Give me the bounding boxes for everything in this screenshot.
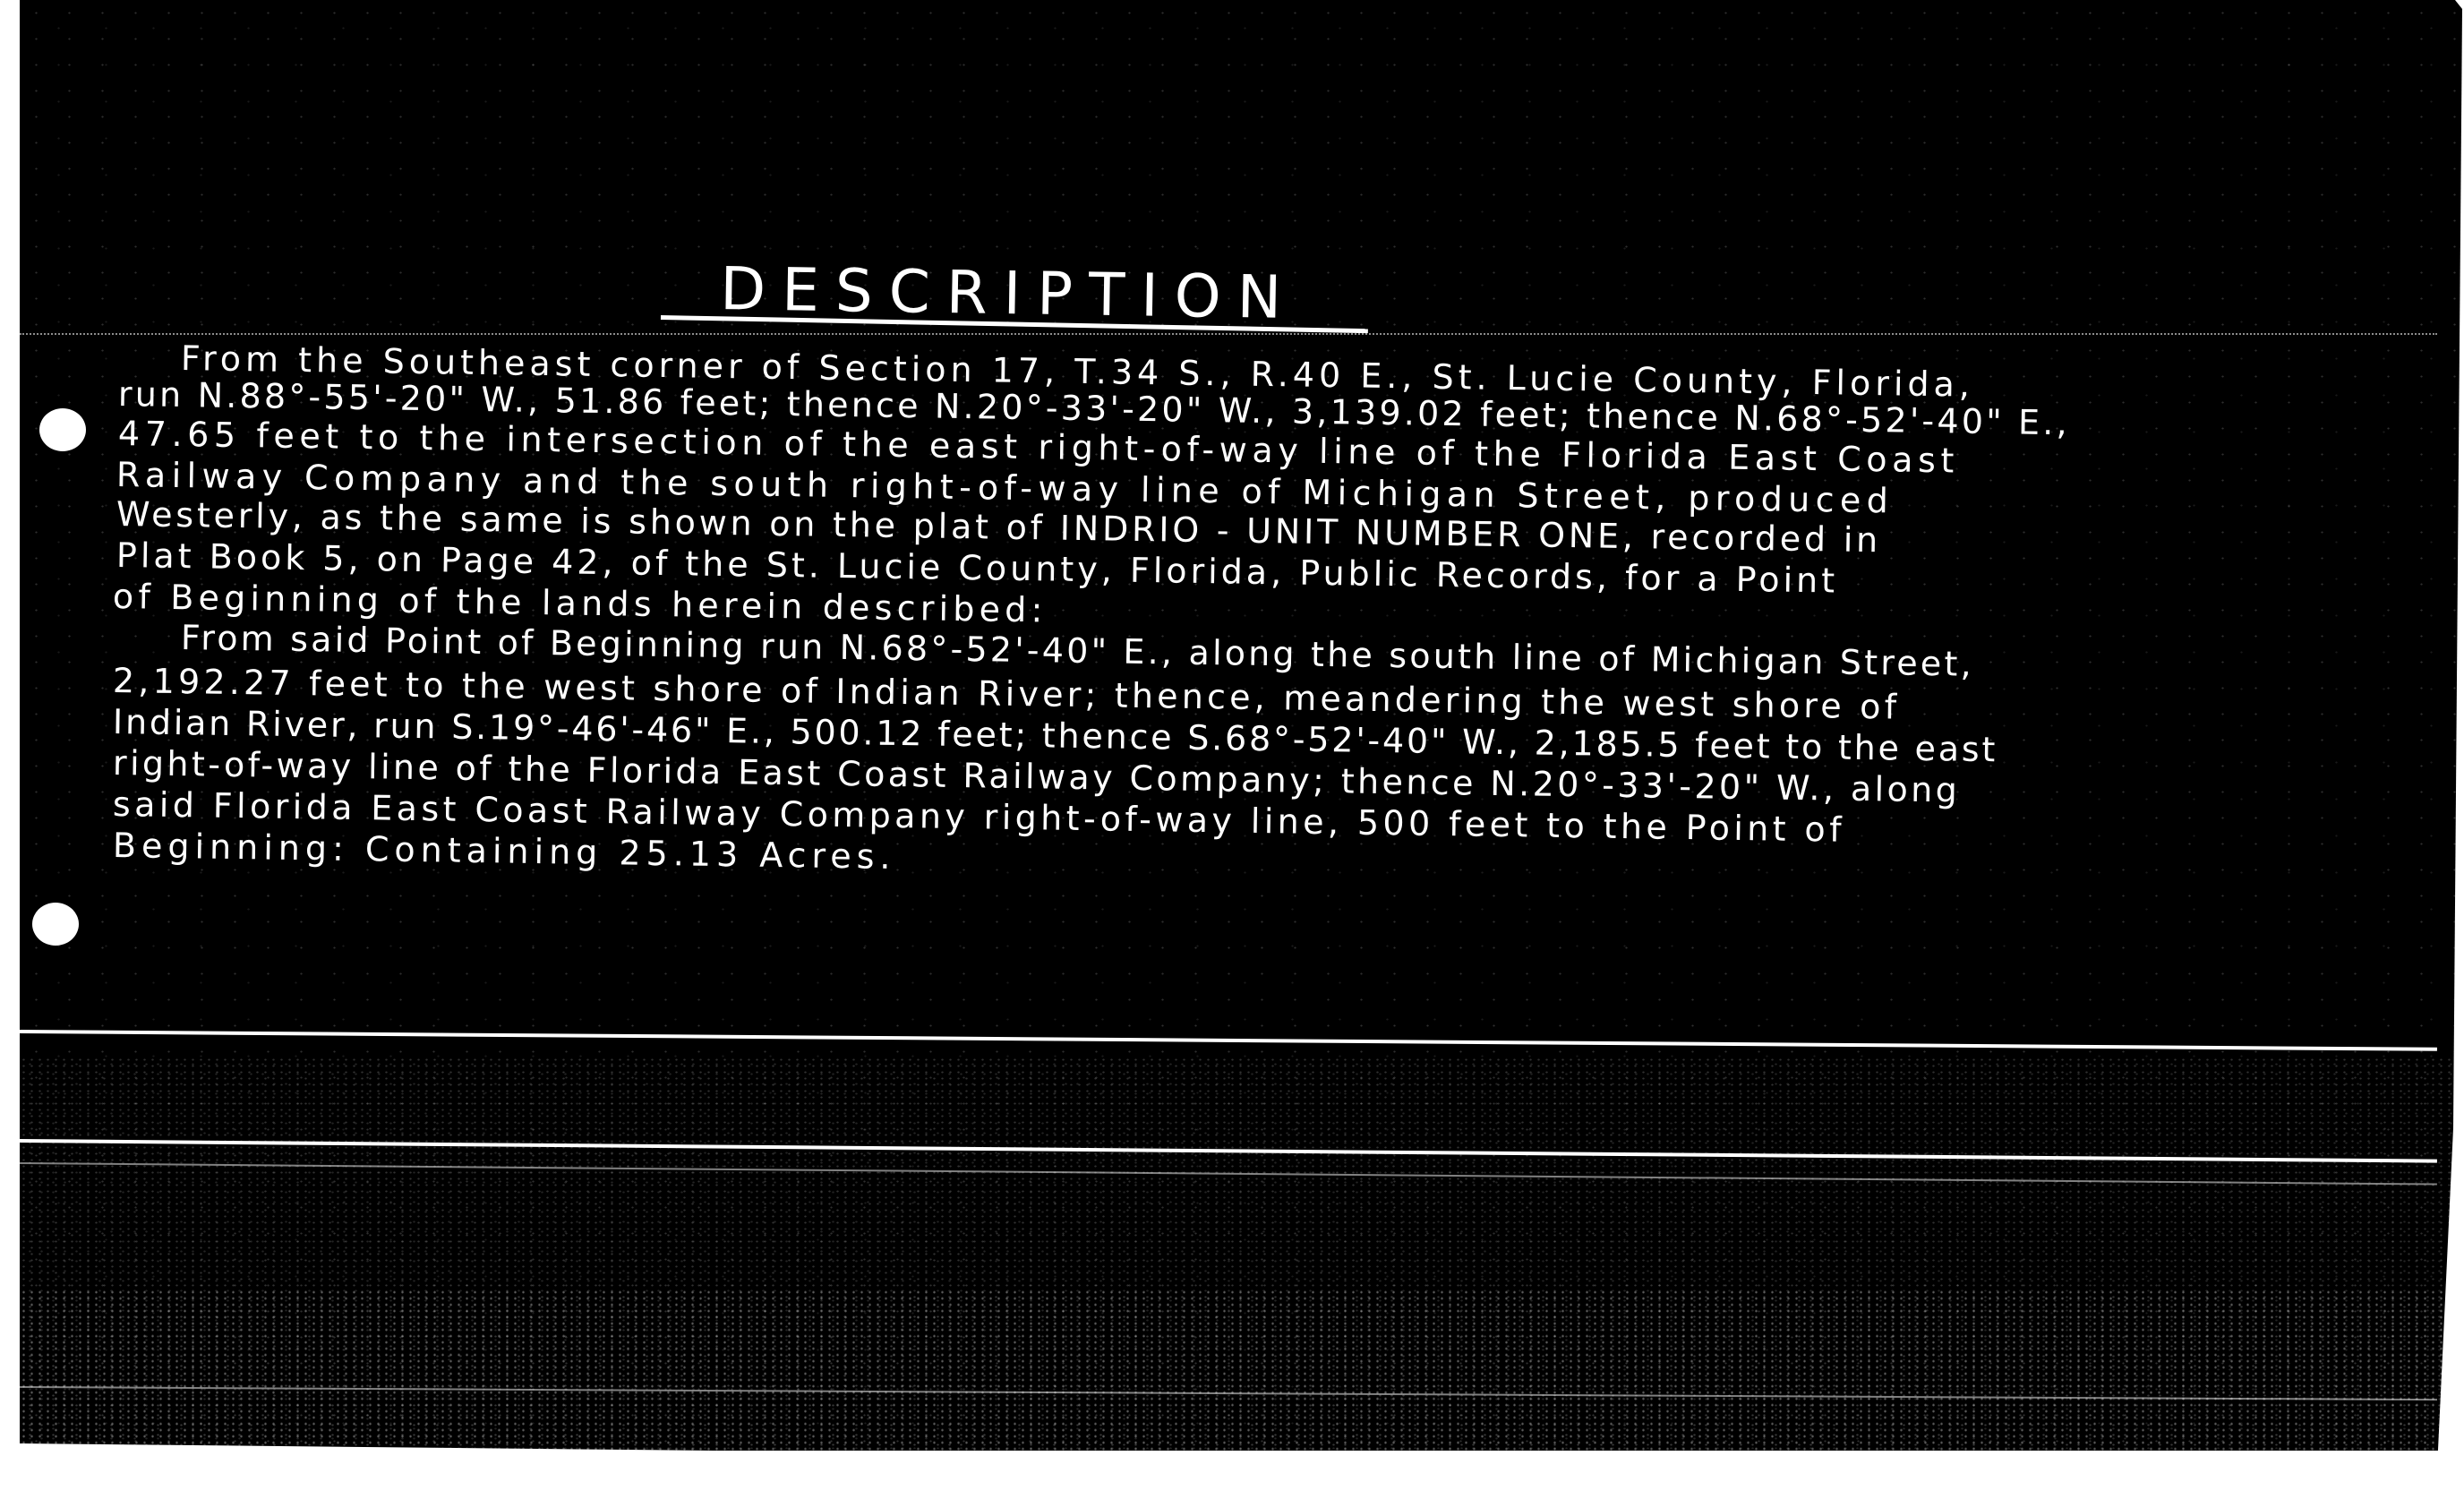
punch-hole: [32, 903, 79, 946]
fold-line: [20, 333, 2437, 335]
scanned-page: DESCRIPTION From the Southeast corner of…: [20, 0, 2462, 1451]
scan-noise-dense: [20, 1289, 2462, 1451]
punch-hole: [39, 408, 86, 451]
horizontal-rule: [20, 1030, 2437, 1051]
